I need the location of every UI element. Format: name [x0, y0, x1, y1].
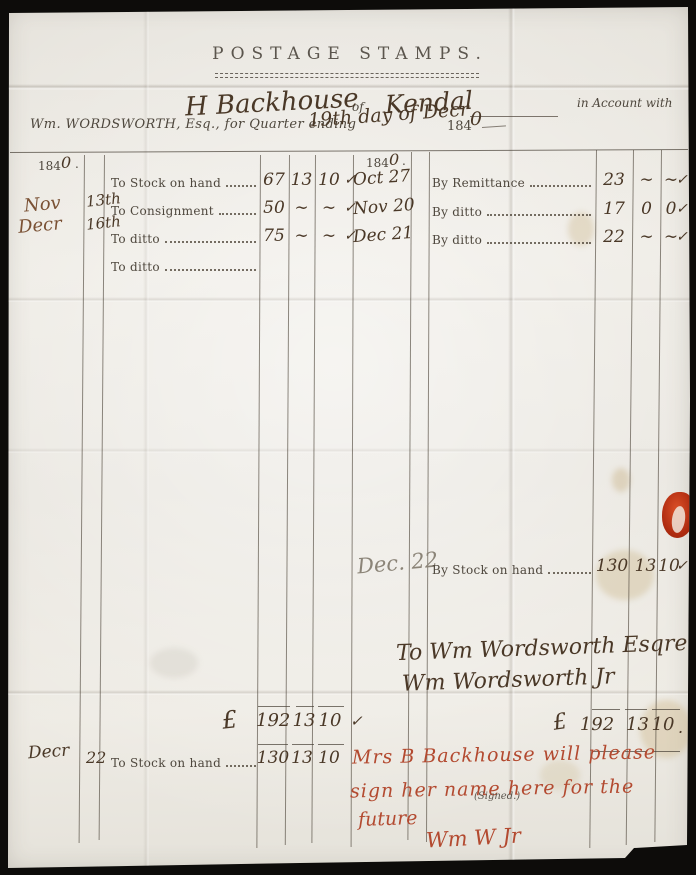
- total-rule: [258, 744, 288, 745]
- dotted-leader: [226, 185, 256, 187]
- paper-stain: [612, 468, 630, 492]
- check-tick: ✓: [676, 229, 688, 245]
- signed-label: (Signed.): [474, 791, 520, 802]
- wax-seal-highlight: [670, 505, 687, 534]
- shillings-value: ∼: [288, 198, 315, 218]
- ledger-right-date: Dec 21: [352, 223, 413, 247]
- entry-label: By ditto: [432, 205, 482, 219]
- total-rule: [292, 744, 314, 745]
- check-tick: ✓: [350, 712, 363, 730]
- pounds-value: 22: [596, 227, 632, 247]
- dotted-leader: [165, 269, 256, 271]
- paper-stain: [150, 648, 198, 678]
- check-tick: ✓: [676, 558, 688, 574]
- total-currency-symbol: £: [551, 709, 568, 736]
- payee-line1: To Wm Wordsworth Esqre: [396, 631, 688, 666]
- pounds-value: 17: [596, 199, 632, 219]
- total-currency-symbol: £: [221, 705, 239, 734]
- total-rule: [296, 706, 314, 707]
- total-rule: [625, 709, 647, 710]
- total-rule: [318, 744, 344, 745]
- column-rule: [79, 155, 85, 843]
- ledger-row-desc: By ditto: [432, 205, 594, 219]
- shillings-value: 13: [632, 556, 659, 576]
- red-signature: Wm W Jr: [425, 824, 521, 853]
- column-rule: [351, 155, 354, 847]
- document-scan: POSTAGE STAMPS. H Backhouse of Kendal in…: [0, 0, 696, 875]
- ledger-row-desc: To Stock on hand: [111, 756, 259, 770]
- entry-label: By ditto: [432, 233, 482, 247]
- total-period: .: [678, 718, 683, 737]
- entry-label: To Stock on hand: [111, 176, 221, 190]
- entry-label: To Consignment: [111, 204, 214, 218]
- closing-day: 22: [86, 748, 106, 767]
- pence-value: 10: [316, 748, 342, 768]
- pence-value: ∼: [314, 198, 344, 218]
- dotted-leader: [530, 185, 591, 187]
- left-year-handwritten: 0: [61, 153, 71, 172]
- place-flourish-line: [470, 116, 558, 117]
- pounds-value: 130: [592, 556, 632, 576]
- pounds-value: 75: [259, 226, 289, 246]
- ledger-row-desc: By Remittance: [432, 176, 594, 190]
- ledger-right-date: Oct 27: [352, 166, 411, 190]
- year-printed: 184: [447, 119, 472, 134]
- ledger-row-desc: By ditto: [432, 233, 594, 247]
- ledger-paper: POSTAGE STAMPS. H Backhouse of Kendal in…: [0, 0, 696, 875]
- red-wax-seal: [662, 492, 695, 538]
- shillings-value: 13: [288, 170, 315, 190]
- column-rule: [426, 152, 430, 842]
- column-rule: [99, 155, 105, 840]
- page-title: POSTAGE STAMPS.: [200, 44, 500, 64]
- dotted-leader: [487, 214, 591, 216]
- red-note-line3: future: [358, 807, 418, 831]
- entry-label: To Stock on hand: [111, 756, 221, 770]
- ledger-row-desc: By Stock on hand: [432, 563, 594, 577]
- payee-line2: Wm Wordsworth Jr: [402, 664, 615, 696]
- pence-value: ∼: [314, 226, 344, 246]
- dotted-leader: [487, 242, 591, 244]
- total-pence: 10: [650, 714, 676, 735]
- fold-crease-horizontal-lower: [0, 448, 696, 453]
- in-account-with-label: in Account with: [577, 96, 672, 110]
- total-rule: [592, 709, 620, 710]
- column-rule: [285, 155, 290, 845]
- check-tick: ✓: [676, 201, 688, 217]
- column-rule: [626, 150, 634, 845]
- pounds-value: 130: [256, 748, 290, 768]
- pounds-value: 23: [596, 170, 632, 190]
- total-rule: [652, 709, 680, 710]
- ledger-row-desc: To ditto: [111, 260, 259, 274]
- left-year-printed: 184: [38, 159, 61, 173]
- entry-label: By Remittance: [432, 176, 525, 190]
- shillings-value: ∼: [288, 226, 315, 246]
- dotted-leader: [165, 241, 256, 243]
- entry-label: By Stock on hand: [432, 563, 543, 577]
- table-top-rule: [10, 149, 688, 153]
- dotted-leader: [548, 572, 591, 574]
- left-year-period: .: [75, 157, 79, 171]
- shillings-value: ∼: [633, 227, 660, 247]
- total-pounds: 192: [578, 714, 616, 735]
- dotted-leader: [219, 213, 256, 215]
- ledger-row-desc: To Stock on hand: [111, 176, 259, 190]
- shillings-value: 13: [290, 748, 314, 768]
- fold-crease-horizontal-mid: [0, 297, 696, 302]
- red-note-line1: Mrs B Backhouse will please: [352, 741, 656, 768]
- pounds-value: 67: [259, 170, 289, 190]
- year-flourish-line: [482, 125, 506, 128]
- total-shillings: 13: [626, 714, 648, 735]
- ledger-row-desc: To ditto: [111, 232, 259, 246]
- ledger-left-month: Decr: [17, 213, 62, 238]
- column-rule: [407, 152, 412, 840]
- entry-label: To ditto: [111, 232, 160, 246]
- closing-month: Decr: [27, 741, 70, 764]
- total-pence: 10: [316, 710, 344, 731]
- check-tick: ✓: [676, 172, 688, 188]
- total-rule: [258, 706, 290, 707]
- ledger-right-date: Nov 20: [352, 195, 415, 219]
- column-rule: [311, 155, 316, 843]
- shillings-value: ∼: [633, 170, 660, 190]
- dotted-leader: [226, 765, 256, 767]
- shillings-value: 0: [633, 199, 660, 219]
- total-pounds: 192: [256, 710, 290, 731]
- ledger-row-desc: To Consignment: [111, 204, 259, 218]
- pence-value: 10: [314, 170, 344, 190]
- total-rule: [318, 706, 344, 707]
- entry-label: To ditto: [111, 260, 160, 274]
- year-handwritten: 0: [470, 108, 482, 130]
- total-rule: [652, 751, 680, 752]
- pounds-value: 50: [259, 198, 289, 218]
- total-shillings: 13: [292, 710, 316, 731]
- title-rule: [215, 73, 479, 78]
